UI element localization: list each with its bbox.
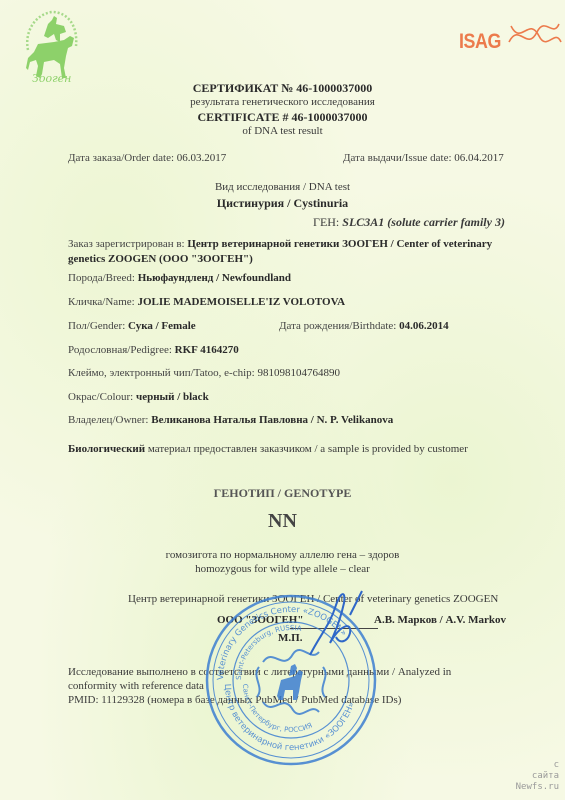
sample-bold: Биологический [68, 443, 145, 455]
pedigree-row: Родословная/Pedigree: RKF 4164270 [68, 344, 239, 356]
isag-logo: ISAG [455, 10, 560, 58]
pedigree-label: Родословная/Pedigree: [68, 344, 175, 356]
genotype-desc-ru: гомозигота по нормальному аллелю гена – … [0, 549, 565, 561]
gene-value: SLC3A1 (solute carrier family 3) [342, 215, 505, 229]
site-watermark: с сайта Newfs.ru [516, 760, 559, 793]
gene: ГЕН: SLC3A1 (solute carrier family 3) [313, 215, 505, 230]
gender-row: Пол/Gender: Сука / Female [68, 320, 196, 332]
colour-value: черный / black [136, 391, 209, 403]
order-registered: Заказ зарегистрирован в: Центр ветеринар… [68, 237, 508, 267]
breed-row: Порода/Breed: Ньюфаундленд / Newfoundlan… [68, 272, 291, 284]
pedigree-value: RKF 4164270 [175, 344, 239, 356]
birthdate-label: Дата рождения/Birthdate: [279, 320, 399, 332]
zoogen-logo: Зооген [14, 6, 89, 91]
watermark-line-3: Newfs.ru [516, 782, 559, 793]
genotype-heading: ГЕНОТИП / GENOTYPE [0, 486, 565, 501]
name-row: Кличка/Name: JOLIE MADEMOISELLE'IZ VOLOT… [68, 296, 345, 308]
colour-row: Окрас/Colour: черный / black [68, 391, 209, 403]
test-type-label: Вид исследования / DNA test [0, 181, 565, 193]
chip-row: Клеймо, электронный чип/Tatoo, e-chip: 9… [68, 367, 340, 379]
gender-value: Сука / Female [128, 320, 196, 332]
watermark-line-1: с [516, 760, 559, 771]
gender-label: Пол/Gender: [68, 320, 128, 332]
watermark-line-2: сайта [516, 771, 559, 782]
dna-helix-icon [507, 12, 562, 56]
certificate-title-ru: СЕРТИФИКАТ № 46-1000037000 [0, 81, 565, 96]
certificate-subtitle-en: of DNA test result [0, 125, 565, 137]
order-registered-value-1: Центр ветеринарной генетики ЗООГЕН / Cen… [187, 238, 492, 250]
genotype-desc-en: homozygous for wild type allele – clear [0, 563, 565, 575]
sample-statement: Биологический материал предоставлен зака… [68, 443, 468, 455]
birthdate-row: Дата рождения/Birthdate: 04.06.2014 [279, 320, 449, 332]
name-label: Кличка/Name: [68, 296, 137, 308]
issue-date-value: 06.04.2017 [454, 152, 504, 164]
owner-row: Владелец/Owner: Великанова Наталья Павло… [68, 414, 393, 426]
breed-label: Порода/Breed: [68, 272, 138, 284]
name-value: JOLIE MADEMOISELLE'IZ VOLOTOVA [137, 296, 345, 308]
order-registered-value-2: genetics ZOOGEN (ООО "ЗООГЕН") [68, 253, 253, 265]
order-registered-label: Заказ зарегистрирован в: [68, 238, 187, 250]
genotype-value: NN [0, 510, 565, 533]
owner-value: Великанова Наталья Павловна / N. P. Veli… [151, 414, 393, 426]
isag-logo-text: ISAG [459, 30, 501, 54]
svg-text:Санкт-Петербург, РОССИЯ: Санкт-Петербург, РОССИЯ [241, 684, 314, 734]
analysis-line-2: conformity with reference data [68, 680, 204, 692]
order-date-label: Дата заказа/Order date: [68, 152, 177, 164]
chip-value: 981098104764890 [257, 367, 340, 379]
signature-signer: А.В. Марков / A.V. Markov [374, 614, 506, 626]
order-date-value: 06.03.2017 [177, 152, 227, 164]
certificate-title-en: CERTIFICATE # 46-1000037000 [0, 110, 565, 125]
test-name: Цистинурия / Cystinuria [0, 196, 565, 211]
issue-date: Дата выдачи/Issue date: 06.04.2017 [343, 152, 504, 164]
order-date: Дата заказа/Order date: 06.03.2017 [68, 152, 226, 164]
handwritten-signature-icon [300, 585, 370, 665]
issue-date-label: Дата выдачи/Issue date: [343, 152, 454, 164]
certificate-subtitle-ru: результата генетического исследования [0, 96, 565, 108]
birthdate-value: 04.06.2014 [399, 320, 449, 332]
sample-rest: материал предоставлен заказчиком / a sam… [145, 443, 468, 455]
colour-label: Окрас/Colour: [68, 391, 136, 403]
breed-value: Ньюфаундленд / Newfoundland [138, 272, 291, 284]
owner-label: Владелец/Owner: [68, 414, 151, 426]
gene-label: ГЕН: [313, 215, 342, 229]
chip-label: Клеймо, электронный чип/Tatoo, e-chip: [68, 367, 257, 379]
